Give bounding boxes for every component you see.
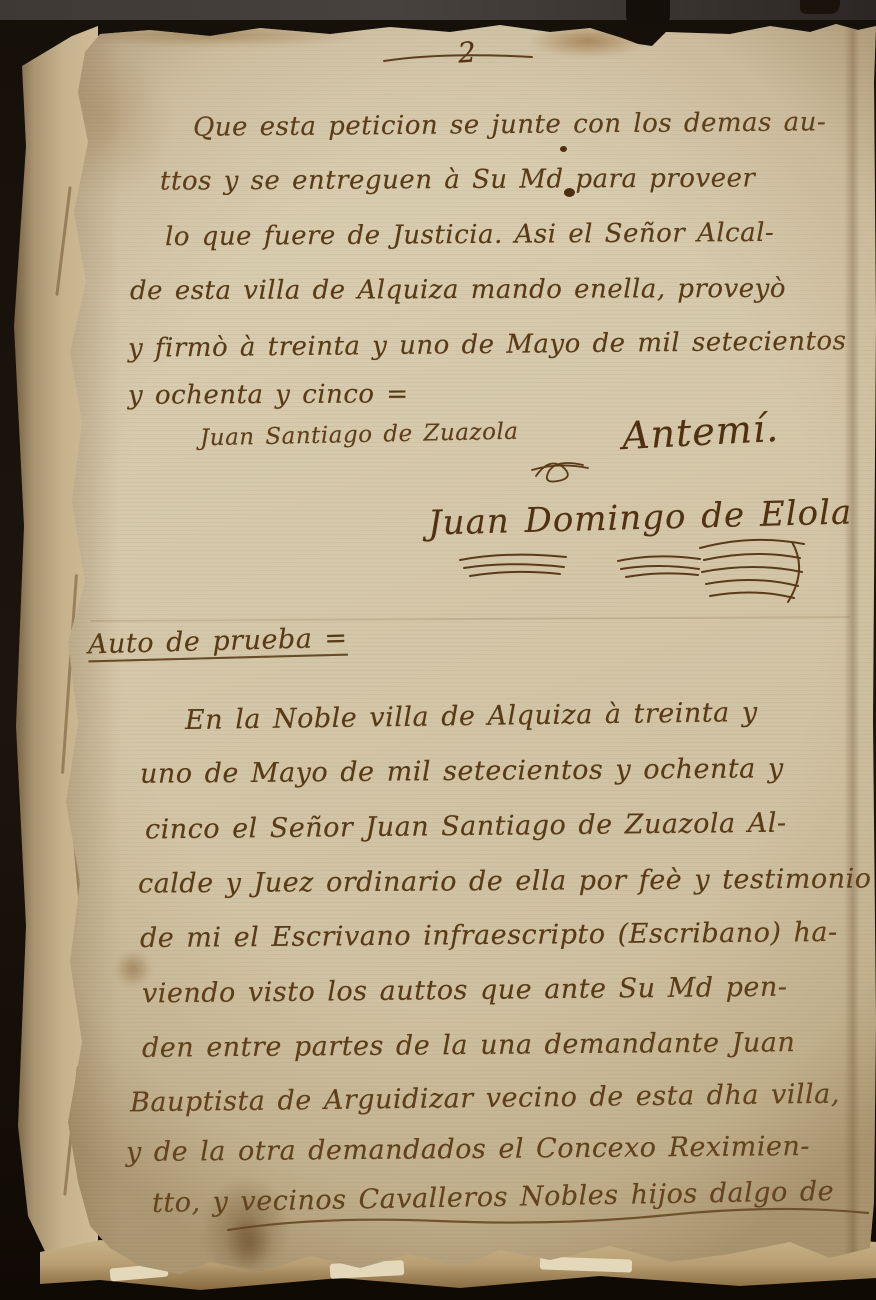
page-tear-notch-right	[800, 0, 840, 14]
page-tear-notch	[626, 0, 670, 24]
background-top-band	[0, 0, 876, 20]
manuscript-page: 2 Que esta peticion se junte con los dem…	[30, 22, 876, 1278]
page-vignette	[30, 22, 876, 1278]
manuscript-scan: 2 Que esta peticion se junte con los dem…	[0, 0, 876, 1300]
spine-crease	[55, 186, 71, 296]
